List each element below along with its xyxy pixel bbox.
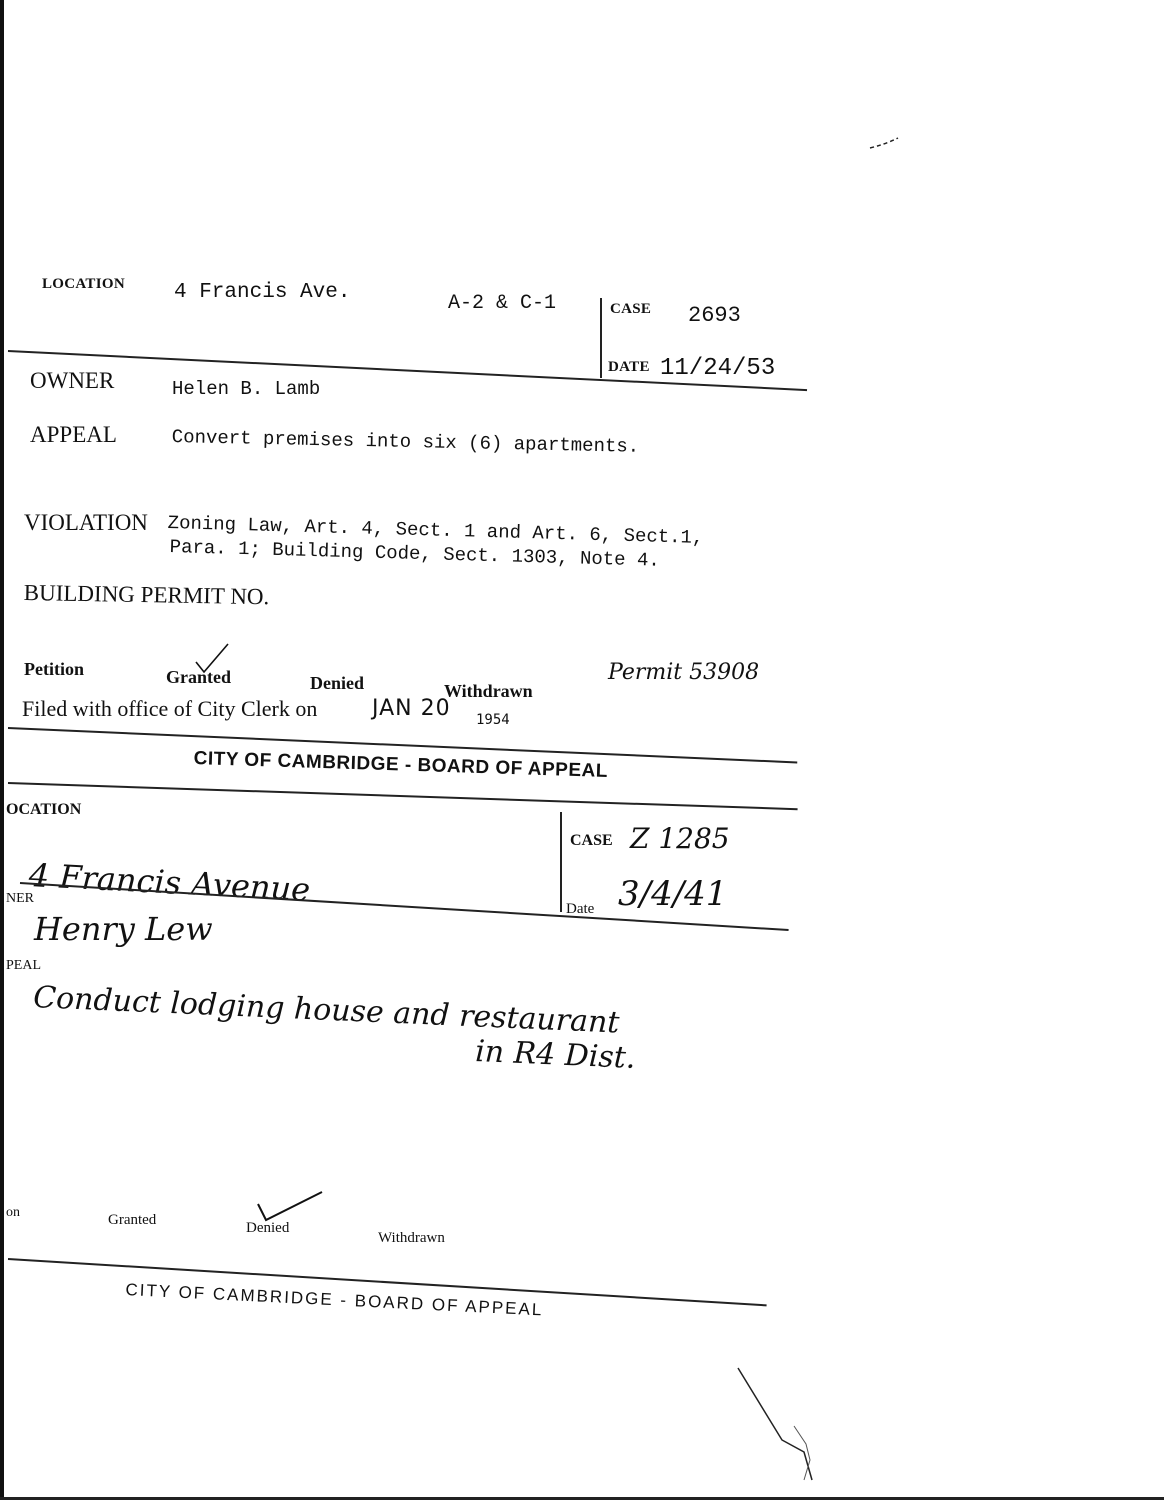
checkmark-icon <box>252 1190 326 1226</box>
location-label: OCATION <box>6 801 81 819</box>
owner-label: NER <box>6 891 34 907</box>
granted-option: Granted <box>108 1212 156 1229</box>
violation-label: VIOLATION <box>24 510 148 536</box>
case-divider <box>560 812 562 912</box>
filed-label: Filed with office of City Clerk on <box>22 696 317 722</box>
location-value: 4 Francis Ave. <box>174 281 350 304</box>
appeal-line-1: Conduct lodging house and restaurant <box>32 980 620 1041</box>
stray-pen-mark <box>730 1360 830 1500</box>
filed-date-stamp: JAN 20 <box>372 696 451 721</box>
location-label: LOCATION <box>42 276 125 293</box>
owner-value: Helen B. Lamb <box>172 378 320 400</box>
case-label: CASE <box>610 301 651 318</box>
card-footer-title: CITY OF CAMBRIDGE - BOARD OF APPEAL <box>193 748 608 783</box>
case-divider <box>600 298 602 378</box>
appeal-label: PEAL <box>6 958 41 974</box>
date-value: 11/24/53 <box>660 355 775 382</box>
stray-pen-mark <box>868 128 908 152</box>
appeal-label: APPEAL <box>30 422 117 448</box>
location-value: 4 Francis Avenue <box>28 856 311 909</box>
checkmark-icon <box>192 642 232 676</box>
petition-label: on <box>6 1205 20 1221</box>
owner-value: Henry Lew <box>34 910 213 948</box>
appeal-line-2: in R4 Dist. <box>474 1034 636 1076</box>
date-label: DATE <box>608 359 650 376</box>
building-permit-label: BUILDING PERMIT NO. <box>24 580 270 610</box>
case-number: 2693 <box>688 303 741 328</box>
divider-line <box>8 782 798 810</box>
case-number: Z 1285 <box>630 822 730 855</box>
zoning-district: A-2 & C-1 <box>448 292 556 315</box>
date-value: 3/4/41 <box>618 874 727 914</box>
case-label: CASE <box>570 832 613 850</box>
scanned-document-page: LOCATION 4 Francis Ave. A-2 & C-1 CASE 2… <box>0 0 1164 1500</box>
filed-year-stamp: 1954 <box>476 712 510 728</box>
date-label: Date <box>566 901 594 918</box>
appeal-value: Convert premises into six (6) apartments… <box>172 426 640 458</box>
denied-option: Denied <box>310 673 364 694</box>
owner-label: OWNER <box>30 368 114 394</box>
withdrawn-option: Withdrawn <box>444 681 533 702</box>
petition-label: Petition <box>24 659 84 680</box>
withdrawn-option: Withdrawn <box>378 1230 445 1247</box>
permit-handwritten-note: Permit 53908 <box>608 660 759 685</box>
scan-left-border <box>0 0 4 1500</box>
